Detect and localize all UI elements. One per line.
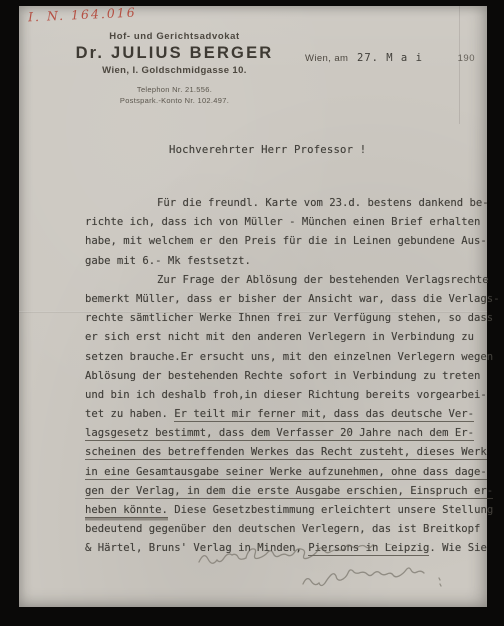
letter-line: gen der Verlag, in dem die erste Ausgabe… [85, 482, 487, 501]
pencil-handwriting-punctuation [439, 578, 441, 586]
letter-line: Für die freundl. Karte vom 23.d. bestens… [85, 194, 487, 213]
letter-line: lagsgesetz bestimmt, dass dem Verfasser … [85, 424, 487, 443]
typed-text: gabe mit 6.- Mk festsetzt. [85, 255, 251, 267]
typed-text: tet zu haben. [85, 408, 174, 420]
letter-body: Für die freundl. Karte vom 23.d. bestens… [85, 194, 487, 559]
underlined-text: in eine Gesamtausgabe seiner Werke aufzu… [85, 466, 487, 480]
dateline-typed-date: 27. M a i [357, 52, 423, 64]
typed-text: er sich erst nicht mit den anderen Verle… [85, 331, 474, 343]
letter-line: in eine Gesamtausgabe seiner Werke aufzu… [85, 463, 487, 482]
letterhead: Hof- und Gerichtsadvokat Dr. JULIUS BERG… [57, 31, 292, 105]
letter-paper: I. N. 164.016 Hof- und Gerichtsadvokat D… [19, 6, 487, 607]
dateline-year-print: 190 [458, 53, 475, 64]
letter-line: gabe mit 6.- Mk festsetzt. [85, 252, 487, 271]
letter-line: und bin ich deshalb froh,in dieser Richt… [85, 386, 487, 405]
typed-text: Diese Gesetzbestimmung erleichtert unser… [168, 504, 493, 516]
letterhead-name: Dr. JULIUS BERGER [57, 44, 292, 63]
typed-text: Ablösung der bestehenden Rechte sofort i… [85, 370, 480, 382]
typed-text: rechte sämtlicher Werke Ihnen frei zur V… [85, 312, 493, 324]
letterhead-telephone: Telephon Nr. 21.556. [57, 85, 292, 94]
typed-text: Zur Frage der Ablösung der bestehenden V… [157, 274, 489, 286]
underlined-text: gen der Verlag, in dem die erste Ausgabe… [85, 485, 493, 499]
letter-line: habe, mit welchem er den Preis für die i… [85, 232, 487, 251]
letter-line: tet zu haben. Er teilt mir ferner mit, d… [85, 405, 487, 424]
pencil-handwriting-line2 [303, 568, 424, 586]
scanned-letter-page: I. N. 164.016 Hof- und Gerichtsadvokat D… [0, 0, 504, 626]
letter-line: bedeutend gegenüber den deutschen Verleg… [85, 520, 487, 539]
letter-line: er sich erst nicht mit den anderen Verle… [85, 328, 487, 347]
typed-text: setzen brauche.Er ersucht uns, mit den e… [85, 351, 493, 363]
underlined-text: scheinen des betreffenden Werkes das Rec… [85, 446, 487, 460]
inventory-number-handwriting: I. N. 164.016 [28, 5, 137, 25]
letter-line: scheinen des betreffenden Werkes das Rec… [85, 443, 487, 462]
dateline-place: Wien, am [305, 53, 348, 64]
letter-line: Zur Frage der Ablösung der bestehenden V… [85, 271, 487, 290]
typed-text: richte ich, dass ich von Müller - Münche… [85, 216, 480, 228]
dateline: Wien, am 27. M a i 190 [299, 52, 475, 66]
typed-text: bemerkt Müller, dass er bisher der Ansic… [85, 293, 500, 305]
typed-text: habe, mit welchem er den Preis für die i… [85, 235, 487, 247]
letter-line: rechte sämtlicher Werke Ihnen frei zur V… [85, 309, 487, 328]
letter-line: bemerkt Müller, dass er bisher der Ansic… [85, 290, 487, 309]
letter-line: richte ich, dass ich von Müller - Münche… [85, 213, 487, 232]
typed-text: und bin ich deshalb froh,in dieser Richt… [85, 389, 487, 401]
letterhead-address: Wien, I. Goldschmidgasse 10. [57, 65, 292, 76]
pencil-handwriting-line1 [199, 544, 417, 563]
typed-text: Für die freundl. Karte vom 23.d. bestens… [157, 197, 489, 209]
letterhead-postal-account: Postspark.-Konto Nr. 102.497. [57, 96, 292, 105]
letter-line: setzen brauche.Er ersucht uns, mit den e… [85, 348, 487, 367]
underlined-text: lagsgesetz bestimmt, dass dem Verfasser … [85, 427, 474, 441]
pencil-handwriting [191, 544, 481, 606]
underlined-text: Er teilt mir ferner mit, dass das deutsc… [174, 408, 474, 422]
letter-line: Ablösung der bestehenden Rechte sofort i… [85, 367, 487, 386]
letter-line: heben könnte. Diese Gesetzbestimmung erl… [85, 501, 487, 520]
letterhead-role: Hof- und Gerichtsadvokat [57, 31, 292, 42]
underlined-text: heben könnte. [85, 504, 168, 518]
salutation: Hochverehrter Herr Professor ! [169, 144, 366, 156]
typed-text: bedeutend gegenüber den deutschen Verleg… [85, 523, 480, 535]
